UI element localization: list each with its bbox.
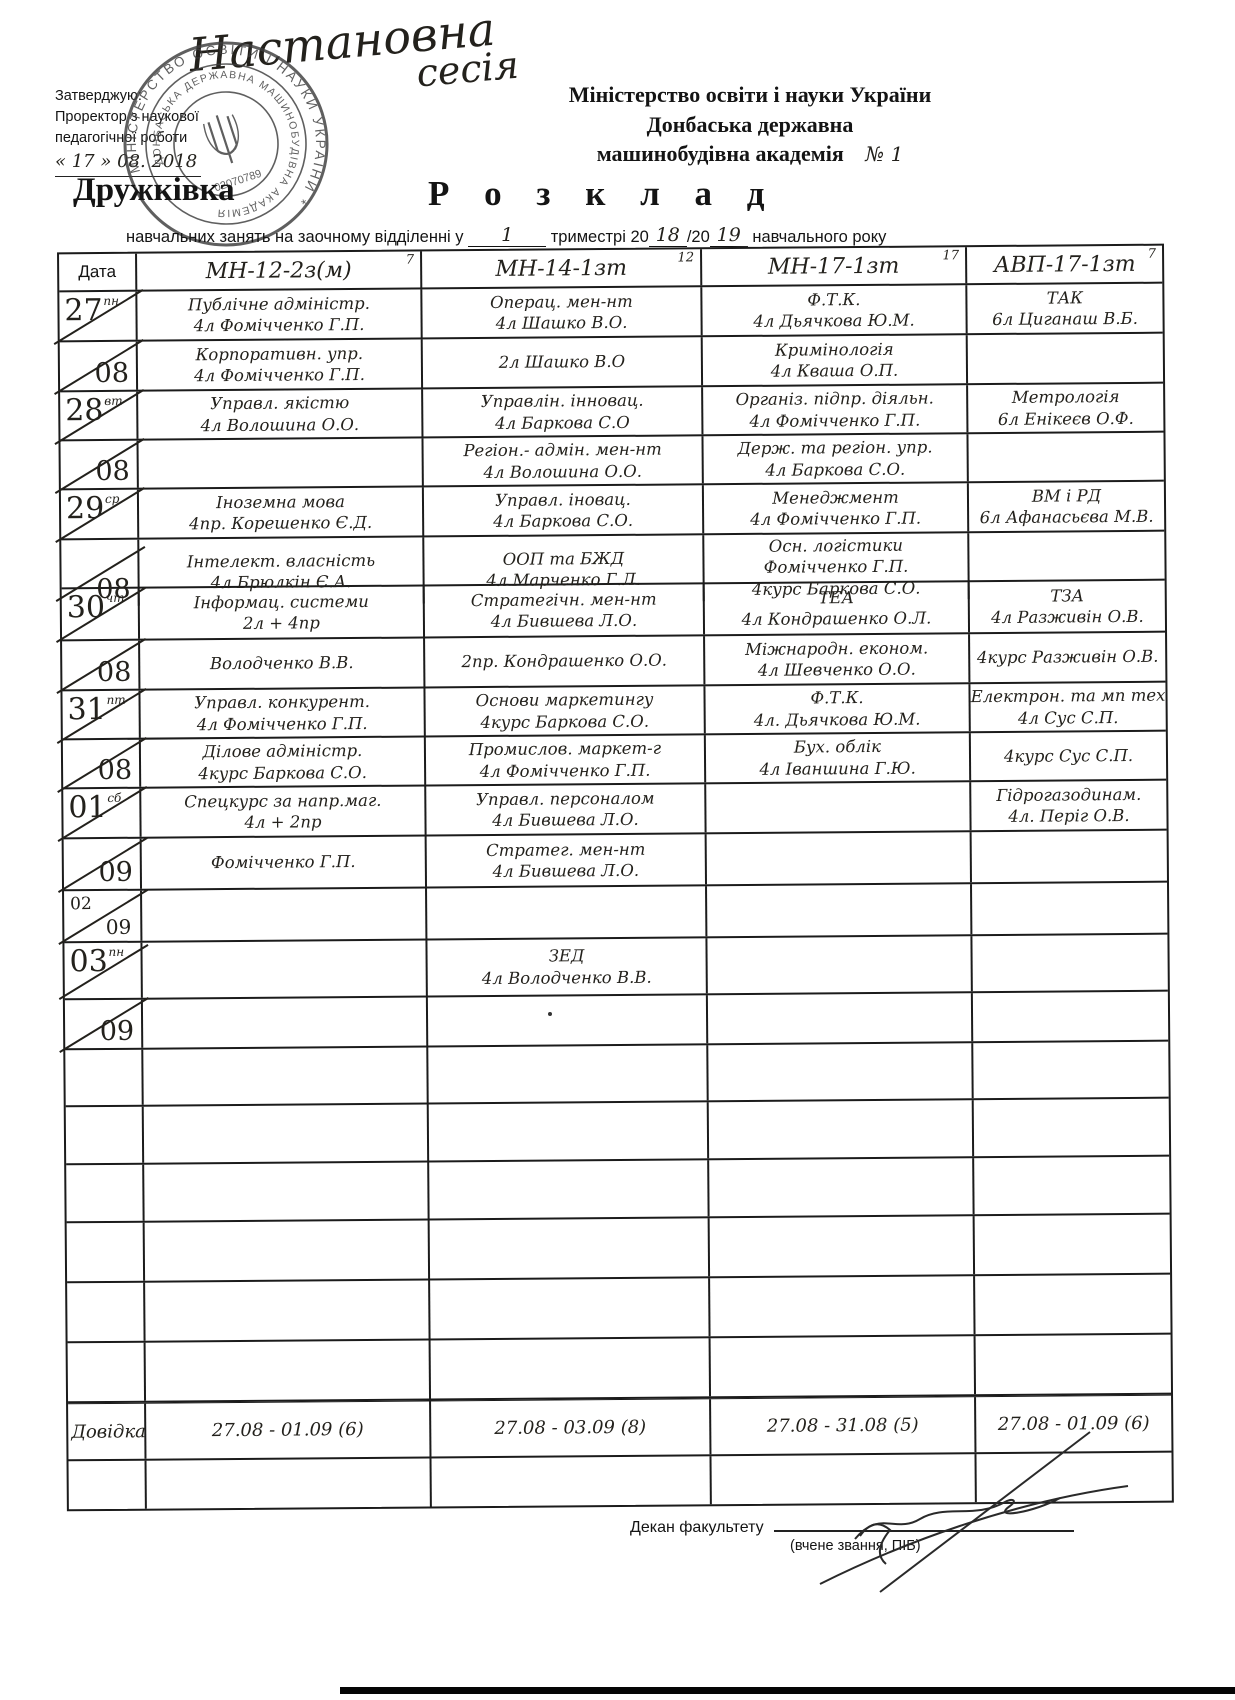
date-cell: 27пн [59,292,137,341]
cell-line: Публічне адміністр. [188,292,370,315]
schedule-cell [973,1042,1168,1099]
month-number: 09 [100,1016,135,1047]
date-cell [65,1050,143,1106]
schedule-table: ДатаМН-12-2з(м)7МН-14-1зт12МН-17-1зт17АВ… [57,244,1174,1512]
month-number: 08 [98,755,133,786]
cell-line: Фомічченко Г.П. [764,556,909,579]
table-row-summary: Довідка27.08 - 01.09 (6)27.08 - 03.09 (8… [68,1395,1171,1462]
month-number: 08 [95,456,130,487]
schedule-cell [972,831,1167,883]
schedule-cell [706,782,971,832]
cell-line: 4л Бившева Л.О. [491,610,638,633]
schedule-cell: Публічне адміністр.4л Фомічченко Г.П. [137,289,422,339]
schedule-cell [432,1456,712,1506]
cell-line: Управлін. інновац. [481,390,644,413]
schedule-cell [138,438,423,487]
schedule-cell: Спецкурс за напр.маг.4л + 2пр [141,786,426,836]
schedule-cell [972,883,1167,935]
schedule-cell: Бух. облік4л Іваншина Г.Ю. [706,733,971,782]
cell-line: Електрон. та мп тех [971,685,1166,708]
cell-line: ТЗА [1050,585,1084,607]
cell-line: Управл. іновац. [495,488,631,511]
schedule-cell: Фомічченко Г.П. [142,836,427,888]
cell-line: 4пр. Корешенко Є.Д. [189,512,372,535]
schedule-cell [428,1045,708,1102]
cell-line: 4л + 2пр [244,811,321,833]
schedule-cell: Іноземна мова4пр. Корешенко Є.Д. [139,487,424,537]
schedule-cell [142,940,427,997]
subtitle-line: навчальних занять на заочному відділенні… [126,224,886,247]
schedule-cell [711,1454,976,1504]
cell-line: 4л Фомічченко Г.П. [194,314,365,337]
table-row-month: 08Регіон.- адмін. мен-нт4л Волошина О.О.… [61,433,1164,491]
group-name: АВП-17-1зт [994,251,1136,277]
schedule-cell: ТАК6л Циганаш В.Б. [967,284,1162,334]
schedule-cell: Промислов. маркет-г4л Фомічченко Г.П. [426,735,706,784]
schedule-cell [430,1278,710,1338]
schedule-cell [431,1338,711,1398]
date-cell [68,1343,146,1402]
cell-line: Кримінологія [775,338,894,360]
schedule-cell: Стратег. мен-нт4л Бившева Л.О. [427,834,707,886]
summary-label: Довідка [71,1421,146,1443]
date-column-header: Дата [59,254,137,291]
cell-line: Держ. та регіон. упр. [738,437,933,460]
scan-artifact-bar [340,1687,1235,1694]
day-of-week: пн [108,945,124,959]
page-title: Р о з к л а д [428,174,777,214]
cell-line: 4курс Баркова С.О. [480,710,649,733]
cell-line: 4л Шевченко О.О. [758,659,916,682]
date-cell: 08 [63,740,141,788]
cell-line: Володченко В.В. [210,652,354,675]
schedule-cell: Кримінологія4л Кваша О.П. [703,335,968,385]
date-header-label: Дата [78,262,116,282]
group-header-2: МН-17-1зт17 [702,247,967,285]
cell-line: 4л Волошина О.О. [483,460,642,483]
date-cell: 08 [62,641,140,690]
schedule-cell: Ф.Т.К.4л. Дьячкова Ю.М. [705,684,970,733]
day-of-week: ср [105,492,120,506]
table-row-empty [67,1275,1170,1344]
schedule-cell: Гідрогазодинам.4л. Періг О.В. [971,781,1166,831]
cell-line: Корпоративн. упр. [196,343,364,366]
subtitle-middle: триместрі 20 [551,228,649,246]
city-label: Дружківка [73,172,235,209]
cell-line: 4л Баркова С.О. [493,510,633,533]
cell-line: 4л Фомічченко Г.П. [750,508,921,531]
cell-line: 4л Кваша О.П. [771,360,899,382]
cell-line: 4л Кондрашенко О.Л. [741,607,931,630]
schedule-cell [708,1043,973,1100]
date-cell: 30чт [62,589,140,640]
schedule-cell [968,433,1163,482]
cell-line: Управл. персоналом [476,787,655,810]
date-cell: 31пт [62,691,140,739]
day-number: 01 [68,790,106,825]
schedule-cell: Управл. персоналом4л Бившева Л.О. [426,784,706,834]
schedule-cell: ВМ і РД6л Афанасьєва М.В. [969,482,1164,532]
subtitle-slash: /20 [687,228,710,246]
schedule-cell [976,1453,1171,1503]
cell-line: Менеджмент [772,486,899,508]
schedule-cell [968,334,1163,384]
cell-line: ТЕА [818,587,854,609]
cell-line: 27.08 - 03.09 (8) [494,1416,646,1441]
schedule-cell [143,997,428,1047]
schedule-cell [144,1104,429,1162]
schedule-cell [710,1216,975,1276]
cell-line: Ділове адміністр. [202,740,362,763]
cell-line: 27.08 - 01.09 (6) [212,1418,364,1443]
cell-line: 4л Володченко В.В. [482,966,652,989]
academy-name: машинобудівна академія [597,141,844,166]
subtitle-suffix: навчального року [752,228,886,246]
cell-line: 4л Фомічченко Г.П. [749,409,920,432]
schedule-cell: Управл. якістю4л Волошина О.О. [138,389,423,438]
cell-line: 4л Шашко В.О. [496,312,628,334]
day-number: 02 [70,894,92,914]
day-number: 29 [66,491,104,526]
schedule-cell: 4курс Сус С.П. [971,732,1166,781]
schedule-cell [146,1340,431,1400]
schedule-cell: Операц. мен-нт4л Шашко В.О. [422,287,702,337]
schedule-cell [707,832,972,884]
day-of-week: сб [107,791,121,805]
group-header-1: МН-14-1зт12 [422,249,702,287]
year2-value: 19 [710,224,748,247]
cell-line: Міжнародн. економ. [745,637,928,660]
table-row-month: 08Володченко В.В.2пр. Кондрашенко О.О.Мі… [62,633,1165,692]
cell-line: Гідрогазодинам. [996,783,1141,806]
cell-line: 4л Фомічченко Г.П. [197,712,368,735]
cell-line: Бух. облік [794,736,881,758]
date-cell [66,1165,144,1222]
cell-line: 4л Сус С.П. [1018,707,1119,729]
schedule-cell: 2л Шашко В.О [423,337,703,387]
cell-line: ЗЕД [549,945,585,967]
date-cell: 28вт [60,392,138,440]
cell-line: 4л Разживін О.В. [991,606,1144,629]
subtitle-prefix: навчальних занять на заочному відділенні… [126,228,464,246]
schedule-cell: ЗЕД4л Володченко В.В. [427,938,707,995]
schedule-cell [144,1162,429,1220]
schedule-cell [430,1218,710,1278]
cell-line: 2л + 4пр [243,612,320,634]
date-cell: 08 [60,342,138,391]
cell-line: Організ. підпр. діяльн. [736,388,934,411]
cell-line: 6л Афанасьєва М.В. [980,506,1154,529]
table-row-month: 09 [65,992,1168,1051]
schedule-cell: Стратегічн. мен-нт4л Бившева Л.О. [425,584,705,636]
cell-line: ООП та БЖД [503,548,625,570]
ministry-line1: Міністерство освіти і науки України [515,80,985,110]
cell-line: 4л Баркова С.О. [765,458,905,481]
cell-line: Управл. якістю [210,392,349,415]
cell-line: 27.08 - 31.08 (5) [767,1413,919,1438]
cell-line: Інтелект. власність [187,550,375,573]
schedule-cell: Електрон. та мп тех4л Сус С.П. [970,683,1165,732]
table-row-month: 08Ділове адміністр.4курс Баркова С.О.Про… [63,732,1166,790]
table-row-date: 01сбСпецкурс за напр.маг.4л + 2прУправл.… [63,781,1166,840]
schedule-cell [427,886,707,938]
table-row-date: 30чтІнформац. системи2л + 4прСтратегічн.… [62,581,1165,642]
date-cell: 09 [65,1000,143,1049]
schedule-cell [707,884,972,936]
date-cell [69,1461,147,1510]
cell-line: Основи маркетингу [476,689,654,712]
table-row-empty [66,1099,1169,1166]
table-row-empty [69,1453,1172,1510]
cell-line: 4курс Сус С.П. [1004,745,1133,767]
schedule-cell [429,1102,709,1160]
schedule-cell [707,936,972,993]
ministry-header: Міністерство освіти і науки України Донб… [515,80,985,169]
month-number: 08 [94,358,129,389]
table-row-date: 03пнЗЕД4л Володченко В.В. [64,935,1167,1001]
copy-number: № 1 [865,142,903,166]
cell-line: 4курс Баркова С.О. [198,761,367,784]
scanned-schedule-page: Настановна сесія Затверджую: Проректор з… [0,0,1235,1700]
schedule-cell: Держ. та регіон. упр.4л Баркова С.О. [703,434,968,483]
cell-line: Промислов. маркет-г [469,738,661,761]
cell-line: Ф.Т.К. [807,289,860,311]
table-row-empty [68,1335,1171,1404]
schedule-cell [972,935,1167,992]
cell-line: ВМ і РД [1032,485,1101,507]
dean-hint: (вчене звання, ПІБ) [790,1538,1074,1554]
day-number: 30 [67,590,105,625]
date-cell [67,1223,145,1282]
schedule-cell: Міжнародн. економ.4л Шевченко О.О. [705,634,970,684]
cell-line: 4л Бившева Л.О. [493,860,640,883]
schedule-cell: 27.08 - 03.09 (8) [431,1399,711,1456]
table-row-empty [65,1042,1168,1108]
schedule-cell: 27.08 - 31.08 (5) [711,1397,976,1454]
table-row-date: 27пнПублічне адміністр.4л Фомічченко Г.П… [59,284,1162,343]
session-note-line2: сесія [415,46,520,93]
cell-line: 2пр. Кондрашенко О.О. [461,650,667,673]
schedule-cell: ТЗА4л Разживін О.В. [970,581,1165,633]
group-student-count: 17 [942,248,959,263]
table-row-date: 29срІноземна мова4пр. Корешенко Є.Д.Упра… [61,482,1164,541]
university-stamp-icon: МІНІСТЕРСТВО ОСВІТИ І НАУКИ УКРАЇНИ * ДО… [118,36,334,252]
schedule-cell [975,1275,1170,1335]
cell-line: Стратегічн. мен-нт [471,588,657,611]
cell-line: 4л. Періг О.В. [1008,805,1129,827]
day-of-week: чт [106,591,125,605]
cell-line: ТАК [1047,287,1083,309]
schedule-cell [974,1099,1169,1157]
table-row-month: 09Фомічченко Г.П.Стратег. мен-нт4л Бивше… [64,831,1167,892]
schedule-cell [145,1280,430,1340]
cell-line: 6л Енікеєв О.Ф. [998,407,1134,430]
cell-line: 27.08 - 01.09 (6) [998,1412,1150,1437]
schedule-cell [709,1100,974,1158]
cell-line: Регіон.- адмін. мен-нт [463,439,662,462]
trident-icon [202,111,248,168]
group-student-count: 7 [406,253,414,268]
dean-signature-line [774,1512,1074,1532]
table-row-empty [67,1215,1170,1284]
group-name: МН-14-1зт [495,255,627,281]
schedule-cell: Організ. підпр. діяльн.4л Фомічченко Г.П… [703,385,968,434]
group-name: МН-12-2з(м) [206,258,352,284]
schedule-cell: Регіон.- адмін. мен-нт4л Волошина О.О. [423,436,703,485]
trimester-value: 1 [468,224,546,247]
group-header-3: АВП-17-1зт7 [967,246,1162,284]
cell-line: Ф.Т.К. [810,687,863,709]
schedule-cell [975,1215,1170,1275]
schedule-cell [973,992,1168,1042]
cell-line: 6л Циганаш В.Б. [992,308,1138,331]
day-number: 31 [67,692,105,727]
scan-artifact-dot [548,1012,552,1016]
schedule-cell: Управл. конкурент.4л Фомічченко Г.П. [140,688,425,737]
date-cell [67,1283,145,1342]
cell-line: Іноземна мова [216,491,345,513]
schedule-cell: Володченко В.В. [140,638,425,688]
dean-signature-block: Декан факультету (вчене звання, ПІБ) [630,1512,1074,1554]
table-row-month: 08Інтелект. власність4л Брюлкін Є.А.ООП … [61,532,1164,590]
cell-line: 4л. Дьячкова Ю.М. [754,708,921,731]
schedule-cell [711,1336,976,1396]
day-number: 28 [65,393,103,428]
schedule-cell: Управлін. інновац.4л Баркова С.О [423,387,703,436]
table-row-date: 28втУправл. якістю4л Волошина О.О.Управл… [60,384,1163,442]
schedule-cell: 27.08 - 01.09 (6) [976,1396,1171,1453]
date-cell: 29ср [61,490,139,539]
cell-line: Управл. конкурент. [194,691,370,714]
cell-line: Фомічченко Г.П. [211,851,356,874]
schedule-cell [976,1335,1171,1395]
cell-line: Стратег. мен-нт [486,838,645,861]
ministry-line3: машинобудівна академія № 1 [515,139,985,169]
schedule-cell: 4курс Разживін О.В. [970,633,1165,683]
schedule-cell [709,1158,974,1216]
schedule-cell: ТЕА4л Кондрашенко О.Л. [705,582,970,634]
schedule-cell [145,1220,430,1280]
date-cell: Довідка [68,1404,146,1460]
cell-line: Спецкурс за напр.маг. [184,789,381,812]
table-row-date: 31птУправл. конкурент.4л Фомічченко Г.П.… [62,683,1165,741]
cell-line: 4л Фомічченко Г.П. [480,759,651,782]
month-number: 09 [106,915,132,939]
schedule-cell: Основи маркетингу4курс Баркова С.О. [425,686,705,735]
group-student-count: 12 [677,250,694,265]
schedule-cell: Управл. іновац.4л Баркова С.О. [424,485,704,535]
date-cell: 0209 [64,891,142,942]
schedule-cell [710,1276,975,1336]
schedule-cell: Інформац. системи2л + 4пр [140,586,425,638]
cell-line: 4л Дьячкова Ю.М. [753,310,915,333]
schedule-cell [142,888,427,940]
schedule-cell [708,993,973,1043]
table-row-dualdate: 0209 [64,883,1167,944]
schedule-cell [143,1047,428,1104]
cell-line: 4курс Разживін О.В. [977,646,1159,669]
schedule-cell [147,1458,432,1508]
cell-line: Метрологія [1012,386,1120,408]
schedule-cell: 2пр. Кондрашенко О.О. [425,636,705,686]
schedule-cell [428,995,708,1045]
date-cell [66,1107,144,1164]
group-student-count: 7 [1148,247,1156,262]
day-number: 03 [69,944,107,979]
day-of-week: пт [106,693,125,707]
group-header-0: МН-12-2з(м)7 [137,251,422,289]
cell-line: 4л Бившева Л.О. [492,809,639,832]
date-cell: 08 [61,441,139,489]
day-of-week: пн [103,294,119,308]
day-number: 27 [64,293,102,328]
schedule-cell: Метрологія6л Енікеєв О.Ф. [968,384,1163,433]
cell-line: Інформац. системи [194,590,369,613]
schedule-cell: Корпоративн. упр.4л Фомічченко Г.П. [138,339,423,389]
group-name: МН-17-1зт [768,253,900,279]
cell-line: Осн. логістики [769,535,903,557]
table-row-month: 08Корпоративн. упр.4л Фомічченко Г.П.2л … [60,334,1163,393]
cell-line: 4л Волошина О.О. [201,413,360,436]
cell-line: 2л Шашко В.О [499,351,626,373]
cell-line: Операц. мен-нт [490,290,633,313]
schedule-cell: Ділове адміністр.4курс Баркова С.О. [141,737,426,786]
table-row-empty [66,1157,1169,1224]
date-cell: 03пн [64,943,142,999]
schedule-cell [429,1160,709,1218]
month-number: 09 [98,857,133,888]
ministry-line2: Донбаська державна [515,110,985,140]
day-of-week: вт [104,394,122,408]
date-cell: 01сб [63,789,141,838]
year1-value: 18 [649,224,687,247]
cell-line: 4л Іваншина Г.Ю. [759,757,916,780]
dean-label: Декан факультету [630,1519,764,1536]
schedule-cell: 27.08 - 01.09 (6) [146,1401,431,1458]
cell-line: 4л Баркова С.О [495,411,630,433]
schedule-cell: Ф.Т.К.4л Дьячкова Ю.М. [702,285,967,335]
month-number: 08 [97,657,132,688]
cell-line: 4л Фомічченко Г.П. [194,364,365,387]
schedule-cell [974,1157,1169,1215]
schedule-cell: Менеджмент4л Фомічченко Г.П. [704,483,969,533]
date-cell: 09 [64,839,142,890]
